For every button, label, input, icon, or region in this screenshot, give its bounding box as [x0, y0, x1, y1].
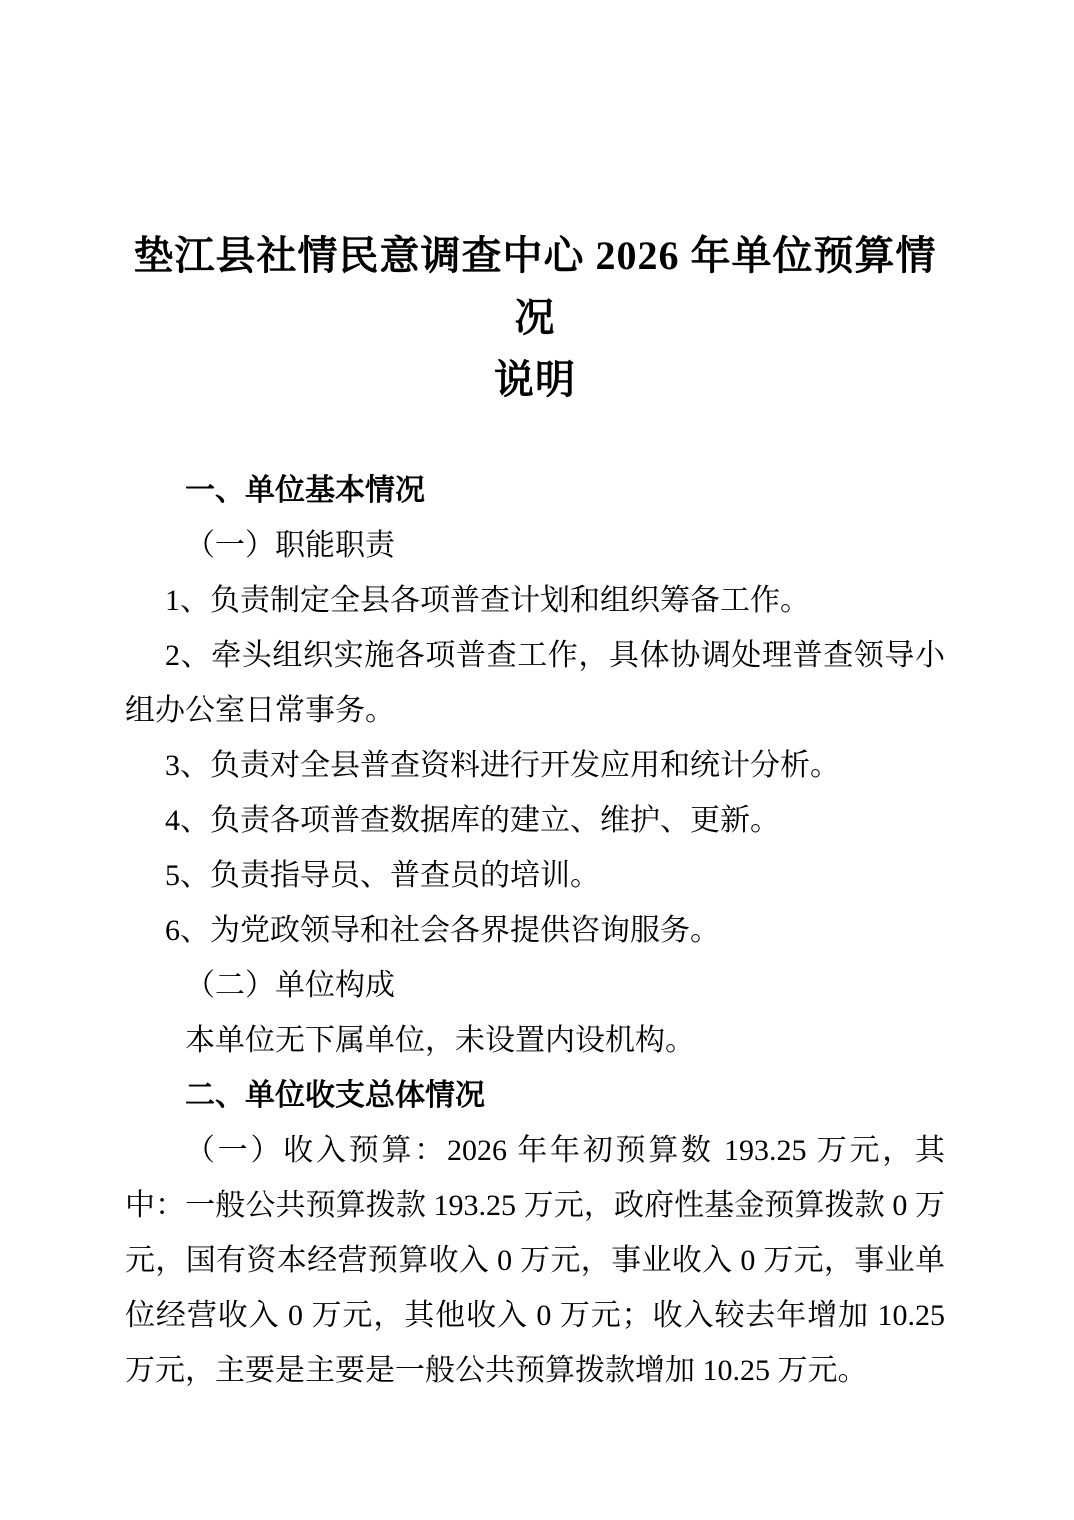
duty-item-4: 4、负责各项普查数据库的建立、维护、更新。 — [125, 793, 945, 848]
section-1-sub-2-heading: （二）单位构成 — [125, 958, 945, 1013]
unit-composition-text: 本单位无下属单位，未设置内设机构。 — [125, 1013, 945, 1068]
section-1-sub-1-heading: （一）职能职责 — [125, 518, 945, 573]
duty-item-3: 3、负责对全县普查资料进行开发应用和统计分析。 — [125, 738, 945, 793]
document-page: 垫江县社情民意调查中心 2026 年单位预算情况 说明 一、单位基本情况 （一）… — [0, 0, 1074, 1520]
document-title-line-1: 垫江县社情民意调查中心 2026 年单位预算情况 — [125, 225, 945, 349]
document-body: 一、单位基本情况 （一）职能职责 1、负责制定全县各项普查计划和组织筹备工作。 … — [125, 463, 945, 1398]
section-1-heading: 一、单位基本情况 — [125, 463, 945, 518]
section-2-heading: 二、单位收支总体情况 — [125, 1068, 945, 1123]
document-title: 垫江县社情民意调查中心 2026 年单位预算情况 说明 — [125, 225, 945, 411]
duty-item-6: 6、为党政领导和社会各界提供咨询服务。 — [125, 903, 945, 958]
document-title-line-2: 说明 — [125, 349, 945, 411]
duty-item-2: 2、牵头组织实施各项普查工作，具体协调处理普查领导小组办公室日常事务。 — [125, 628, 945, 738]
duty-item-5: 5、负责指导员、普查员的培训。 — [125, 848, 945, 903]
income-budget-paragraph: （一）收入预算：2026 年年初预算数 193.25 万元，其中：一般公共预算拨… — [125, 1123, 945, 1398]
duty-item-1: 1、负责制定全县各项普查计划和组织筹备工作。 — [125, 573, 945, 628]
